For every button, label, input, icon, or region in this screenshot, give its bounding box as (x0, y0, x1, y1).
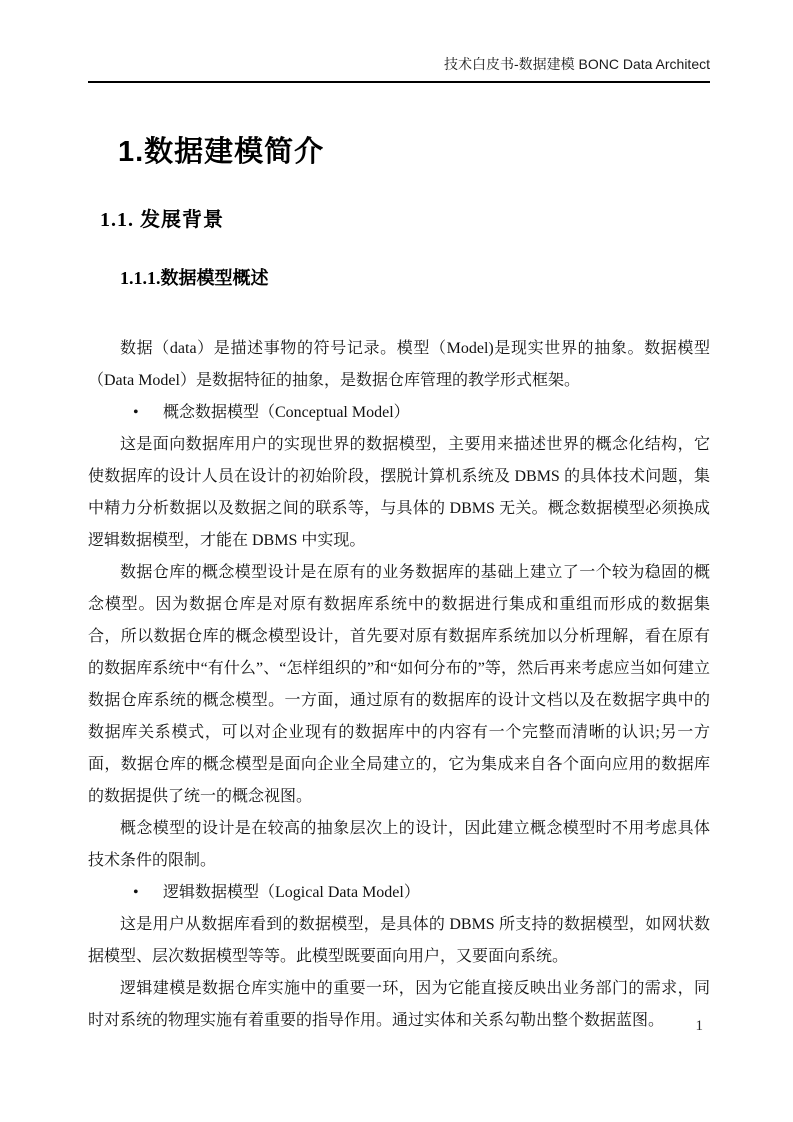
bullet-item-conceptual-model: •概念数据模型（Conceptual Model） (88, 397, 710, 429)
subsection-heading: 1.1.1.数据模型概述 (120, 268, 710, 289)
bullet-icon: • (133, 877, 163, 909)
section-heading: 1.1. 发展背景 (100, 209, 710, 232)
paragraph-logical-model-desc: 这是用户从数据库看到的数据模型，是具体的 DBMS 所支持的数据模型，如网状数据… (88, 909, 710, 973)
page-number: 1 (696, 1018, 704, 1034)
page-footer: 1 (696, 1018, 704, 1035)
document-page: 技术白皮书-数据建模 BONC Data Architect 1.数据建模简介 … (0, 0, 793, 1122)
bullet-text-conceptual-model: 概念数据模型（Conceptual Model） (163, 404, 410, 421)
body-text: 数据（data）是描述事物的符号记录。模型（Model)是现实世界的抽象。数据模… (88, 333, 710, 1037)
document-content: 1.数据建模简介 1.1. 发展背景 1.1.1.数据模型概述 数据（data）… (88, 82, 710, 1037)
bullet-icon: • (133, 397, 163, 429)
bullet-item-logical-model: •逻辑数据模型（Logical Data Model） (88, 877, 710, 909)
paragraph-conceptual-model-desc: 这是面向数据库用户的实现世界的数据模型，主要用来描述世界的概念化结构，它使数据库… (88, 429, 710, 557)
header-text: 技术白皮书-数据建模 BONC Data Architect (444, 56, 710, 72)
chapter-title: 1.数据建模简介 (118, 135, 710, 169)
paragraph-conceptual-abstraction: 概念模型的设计是在较高的抽象层次上的设计，因此建立概念模型时不用考虑具体技术条件… (88, 813, 710, 877)
page-header: 技术白皮书-数据建模 BONC Data Architect (88, 54, 710, 83)
paragraph-data-definition: 数据（data）是描述事物的符号记录。模型（Model)是现实世界的抽象。数据模… (88, 333, 710, 397)
paragraph-warehouse-conceptual-design: 数据仓库的概念模型设计是在原有的业务数据库的基础上建立了一个较为稳固的概念模型。… (88, 557, 710, 813)
paragraph-logical-modeling-importance: 逻辑建模是数据仓库实施中的重要一环，因为它能直接反映出业务部门的需求，同时对系统… (88, 973, 710, 1037)
bullet-text-logical-model: 逻辑数据模型（Logical Data Model） (163, 884, 420, 901)
